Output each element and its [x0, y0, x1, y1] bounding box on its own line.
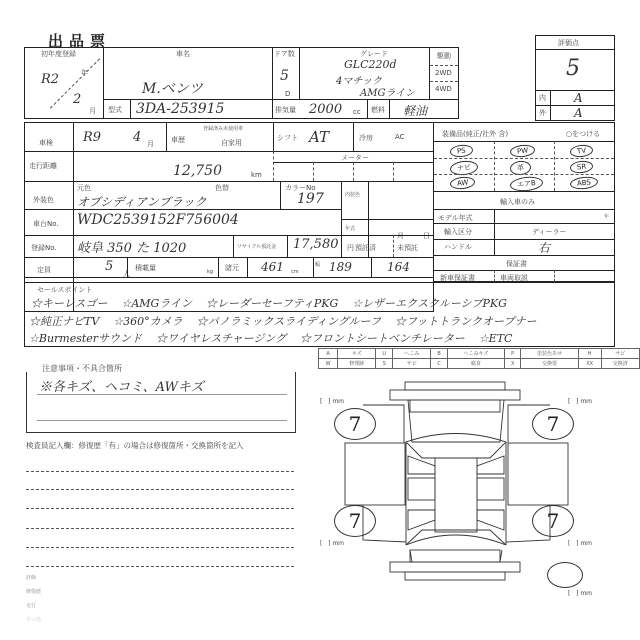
- legend-text: へこみ: [393, 349, 431, 359]
- car-name-cell: 車名 M.ベンツ: [103, 47, 273, 100]
- divider: [536, 49, 614, 50]
- recycle-label: リサイクル預託金: [237, 243, 276, 250]
- legend-code: W: [319, 359, 338, 369]
- registration-label: 登録No.: [31, 243, 57, 253]
- mm-unit: mm: [580, 540, 592, 547]
- divider: [313, 257, 314, 277]
- mileage-unit: km: [251, 171, 262, 179]
- legend-code: X: [505, 359, 521, 369]
- grade-line-1: GLC220d: [344, 58, 397, 71]
- divider: [434, 270, 614, 271]
- equipment-label: 装備品(純正/社外 含): [442, 129, 508, 139]
- legend-code: U: [376, 349, 393, 359]
- divider: [218, 257, 219, 277]
- shift-value: AT: [309, 128, 329, 146]
- color-label: 外装色: [33, 195, 54, 205]
- divider: [554, 270, 555, 282]
- grade-cell: グレード GLC220d 4マチック AMGライン: [299, 47, 430, 100]
- color-value: オブシディアンブラック: [77, 193, 206, 210]
- notes-value: ※各キズ、ヘコミ、AWキズ: [39, 376, 204, 395]
- ac-value: AC: [395, 133, 405, 141]
- footer-label: 修復歴: [26, 588, 41, 595]
- length-unit: cm: [291, 269, 299, 275]
- equipment-sunroof: SR: [569, 160, 593, 174]
- recycle-not-deposited: 未預託: [397, 243, 418, 253]
- divider: [430, 65, 458, 66]
- handle-label: ハンドル: [444, 242, 472, 252]
- sales-point: ☆レーダーセーフティPKG: [206, 297, 338, 310]
- recycle-unit: 円: [347, 243, 354, 253]
- legend-text: キズ: [338, 349, 376, 359]
- divider: [434, 174, 614, 175]
- divider: [313, 162, 314, 181]
- tread-mm-rear-right: [ ] mm: [568, 540, 592, 547]
- divider: [434, 239, 614, 240]
- drive-cell: 駆動 2WD 4WD: [429, 47, 459, 100]
- inspector-line: [26, 508, 294, 509]
- sales-points-label: セールスポイント: [37, 285, 92, 295]
- divider: [25, 181, 433, 182]
- load-unit: kg: [207, 269, 213, 275]
- height-value: 164: [387, 260, 410, 274]
- legend-text: 交換済: [601, 359, 639, 369]
- capacity-label: 定員: [37, 265, 51, 275]
- displacement-value: 2000: [309, 102, 342, 117]
- legend-code: C: [431, 359, 447, 369]
- legend-text: サビ: [601, 349, 639, 359]
- sales-point: ☆Burmesterサウンド: [29, 332, 142, 345]
- inspector-line: [26, 489, 294, 490]
- model-type-label: 型式: [108, 105, 122, 115]
- tire-front-left: 7: [334, 408, 376, 440]
- divider: [273, 123, 274, 151]
- recycle-value: 17,580: [293, 237, 339, 252]
- doors-value: 5: [280, 68, 289, 84]
- equipment-aw: AW: [449, 176, 475, 191]
- inspection-label: 車検: [39, 138, 53, 148]
- inspector-label: 検査員記入欄：修復歴「有」の場合は修復箇所・交換箇所を記入: [26, 440, 244, 451]
- notes-box: ※各キズ、ヘコミ、AWキズ: [26, 372, 296, 433]
- displacement-label: 排気量: [275, 105, 296, 115]
- divider: [25, 209, 341, 210]
- inspector-line: [26, 471, 294, 472]
- tire-rear-left: 7: [334, 505, 376, 537]
- equipment-pw: PW: [509, 144, 535, 159]
- legend-text: 交換要: [521, 359, 579, 369]
- mm-unit: mm: [580, 398, 592, 405]
- color-change-label: 色替: [215, 183, 229, 193]
- divider: [434, 255, 614, 256]
- divider: [37, 394, 287, 395]
- sales-points-line-2: ☆純正ナビTV☆360°カメラ☆パノラミックスライディングルーフ☆フットトランク…: [29, 313, 550, 329]
- divider: [434, 191, 614, 192]
- inspector-line: [26, 566, 294, 567]
- legend-text: サビ: [393, 359, 431, 369]
- tread-mm-front-left: [ ] mm: [320, 398, 344, 405]
- drive-2wd: 2WD: [435, 69, 452, 77]
- width-label: 幅: [315, 261, 320, 268]
- load-label: 積載量: [135, 263, 156, 273]
- doors-label: ドア数: [274, 49, 295, 59]
- car-name-value: M.ベンツ: [142, 78, 203, 98]
- fuel-label: 燃料: [371, 105, 385, 115]
- divider: [247, 257, 248, 277]
- sales-point: ☆純正ナビTV: [29, 315, 99, 328]
- shift-label: シフト: [277, 133, 298, 143]
- score-value: 5: [566, 56, 580, 81]
- divider: [494, 141, 495, 191]
- divider: [367, 100, 368, 118]
- usage-note: 登録済み未使用車: [203, 125, 243, 132]
- legend-text: へこみキズ: [447, 349, 504, 359]
- damage-legend: Aキズ Uへこみ Bへこみキズ P塗装色あせ Hサビ W修理跡 Sサビ C腐食 …: [318, 348, 640, 369]
- sales-point: ☆ワイヤレスチャージング: [156, 332, 286, 345]
- divider: [37, 420, 287, 421]
- day-unit: 日: [423, 231, 430, 241]
- divider: [25, 277, 433, 278]
- exterior-score: A: [574, 106, 583, 120]
- month-unit: 月: [89, 106, 96, 116]
- original-color-label: 元色: [77, 183, 91, 193]
- equipment-abs: ABS: [569, 176, 598, 191]
- legend-code: A: [319, 349, 338, 359]
- tread-mm-front-right: [ ] mm: [568, 398, 592, 405]
- equipment-ps: PS: [449, 144, 473, 158]
- divider: [166, 123, 167, 151]
- divider: [554, 141, 555, 191]
- legend-code: S: [376, 359, 393, 369]
- month-unit: 月: [397, 231, 404, 241]
- footer-label: その他: [26, 616, 41, 623]
- import-type-value: ディーラー: [532, 227, 566, 237]
- ac-label: 冷房: [359, 133, 373, 143]
- legend-code: B: [431, 349, 447, 359]
- divider: [127, 257, 128, 277]
- divider: [280, 181, 281, 209]
- divider: [25, 151, 433, 152]
- first-registration-month: 2: [73, 92, 81, 107]
- first-registration-cell: 初年度登録 R2 年 2 月: [24, 47, 104, 119]
- legend-text: 塗装色あせ: [521, 349, 579, 359]
- divider: [273, 151, 274, 181]
- divider: [341, 219, 433, 220]
- sales-point: ☆360°カメラ: [113, 315, 182, 328]
- model-year-label: モデル年式: [438, 213, 473, 223]
- month-unit: 月: [147, 139, 154, 149]
- inspector-line: [26, 528, 294, 529]
- divider: [393, 162, 394, 181]
- divider: [233, 235, 234, 257]
- score-cell: 評価点 5 内 A 外 A: [535, 35, 615, 121]
- mm-unit: mm: [332, 398, 344, 405]
- inspector-line: [26, 547, 294, 548]
- equipment-panel: 装備品(純正/社外 含) ○をつける PS PW TV ナビ 革 SR AW エ…: [433, 122, 615, 282]
- divider: [130, 100, 131, 118]
- registration-value: 岐阜 350 た 1020: [77, 237, 186, 256]
- score-label: 評価点: [558, 38, 579, 48]
- drive-4wd: 4WD: [435, 85, 452, 93]
- grade-line-3: AMGライン: [360, 84, 415, 99]
- sales-point: ☆フットトランクオープナー: [395, 315, 536, 328]
- date-label: 年式: [345, 225, 355, 232]
- mm-unit: mm: [580, 590, 592, 597]
- legend-text: 腐食: [447, 359, 504, 369]
- width-value: 189: [329, 260, 352, 274]
- tread-mm-rear-left: [ ] mm: [320, 540, 344, 547]
- legend-code: P: [505, 349, 521, 359]
- recycle-deposited: 預託済: [355, 243, 376, 253]
- tread-mm-spare: [ ] mm: [568, 590, 592, 597]
- car-name-label: 車名: [176, 49, 190, 59]
- legend-code: XX: [578, 359, 601, 369]
- sales-point: ☆フロントシートベンチレーター: [300, 332, 465, 345]
- sales-points-box: セールスポイント ☆キーレスゴー☆AMGライン☆レーダーセーフティPKG☆レザー…: [24, 282, 615, 347]
- tire-spare: [547, 562, 583, 588]
- model-type-value: 3DA-253915: [136, 101, 224, 117]
- displacement-fuel-cell: 排気量 2000 cc 燃料 軽油: [272, 99, 459, 119]
- interior-label: 内: [539, 93, 546, 103]
- divider: [393, 235, 394, 257]
- divider: [389, 100, 390, 118]
- color-no-value: 197: [297, 191, 324, 207]
- inspection-value: R9: [83, 130, 101, 145]
- tire-rear-right: 7: [532, 505, 574, 537]
- divider: [434, 141, 614, 142]
- equipment-note: ○をつける: [566, 129, 600, 139]
- divider: [494, 270, 495, 282]
- equipment-tv: TV: [569, 144, 593, 158]
- sales-points-line-1: ☆キーレスゴー☆AMGライン☆レーダーセーフティPKG☆レザーエクスクルーシブP…: [31, 295, 521, 311]
- divider: [353, 162, 354, 181]
- divider: [434, 223, 614, 224]
- divider: [434, 158, 614, 159]
- legend-text: 修理跡: [338, 359, 376, 369]
- import-type-label: 輸入区分: [444, 227, 472, 237]
- sales-point: ☆レザーエクスクルーシブPKG: [352, 297, 507, 310]
- capacity-value: 5: [105, 259, 113, 274]
- interior-color-label: 内装色: [345, 191, 360, 198]
- divider: [494, 209, 495, 255]
- first-registration-label: 初年度登録: [41, 49, 76, 59]
- tire-front-right: 7: [532, 408, 574, 440]
- footer-label: 評価: [26, 574, 36, 581]
- length-value: 461: [261, 260, 284, 274]
- dimensions-label: 諸元: [225, 263, 239, 273]
- usage-label: 車歴: [171, 135, 185, 145]
- legend-code: H: [578, 349, 601, 359]
- sales-points-line-3: ☆Burmesterサウンド☆ワイヤレスチャージング☆フロントシートベンチレータ…: [29, 330, 526, 346]
- footer-label: 走行: [26, 602, 36, 609]
- divider: [25, 235, 433, 236]
- import-title: 輸入車のみ: [500, 197, 535, 207]
- doors-unit: D: [285, 90, 290, 98]
- divider: [371, 257, 372, 277]
- usage-value: 自家用: [221, 138, 242, 148]
- fuel-value: 軽油: [403, 102, 427, 119]
- sales-point: ☆AMGライン: [121, 297, 192, 310]
- inspection-month: 4: [133, 130, 141, 145]
- warranty-title: 保証書: [506, 259, 527, 269]
- handle-value: 右: [538, 239, 550, 256]
- sales-point: ☆パノラミックスライディングルーフ: [197, 315, 381, 328]
- mileage-value: 12,750: [173, 163, 222, 179]
- divider: [430, 81, 458, 82]
- divider: [353, 123, 354, 151]
- chassis-value: WDC2539152F756004: [77, 212, 239, 228]
- drive-label: 駆動: [437, 51, 451, 61]
- model-year-unit: 年: [604, 213, 609, 220]
- divider: [287, 235, 288, 257]
- exterior-label: 外: [539, 108, 546, 118]
- chassis-label: 車台No.: [33, 219, 59, 229]
- interior-score: A: [574, 91, 583, 105]
- displacement-unit: cc: [353, 108, 361, 116]
- divider: [434, 209, 614, 210]
- mm-unit: mm: [332, 540, 344, 547]
- mileage-label: 走行距離: [29, 161, 57, 171]
- doors-cell: ドア数 5 D: [272, 47, 300, 100]
- sales-point: ☆キーレスゴー: [31, 297, 107, 310]
- sales-point: ☆ETC: [479, 332, 513, 345]
- model-type-cell: 型式 3DA-253915: [103, 99, 273, 119]
- first-registration-year: R2: [41, 72, 59, 87]
